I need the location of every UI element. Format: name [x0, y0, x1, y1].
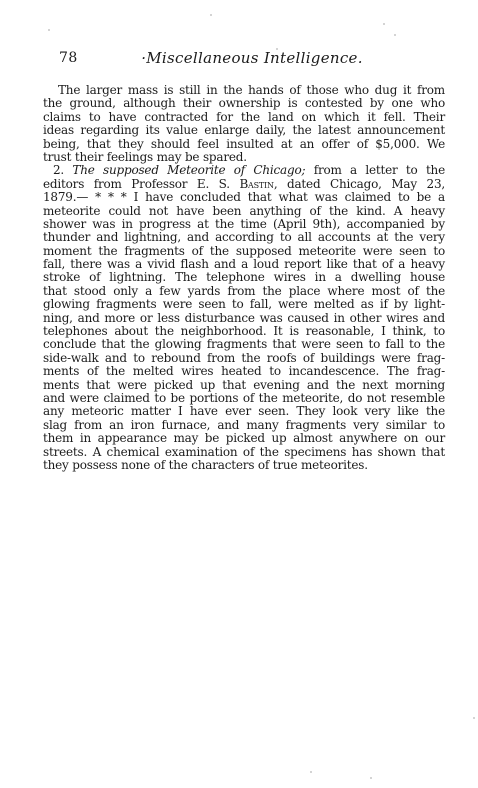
text-line: moment the fragments of the supposed met…	[43, 245, 445, 258]
text-segment: being, that they should feel insulted at…	[43, 137, 445, 151]
text-segment: glowing fragments were seen to fall, wer…	[43, 297, 445, 311]
text-line: the ground, although their ownership is …	[43, 97, 445, 110]
text-segment-smallcaps: Bastin	[239, 177, 273, 191]
text-segment: fall, there was a vivid flash and a loud…	[43, 257, 445, 271]
scan-speck	[370, 777, 372, 779]
text-line: The larger mass is still in the hands of…	[43, 84, 445, 97]
text-segment: them in appearance may be picked up almo…	[43, 431, 445, 445]
text-line: ments that were picked up that evening a…	[43, 379, 445, 392]
scan-speck	[276, 48, 278, 50]
text-segment: ideas regarding its value enlarge daily,…	[43, 123, 445, 137]
text-segment: they possess none of the characters of t…	[43, 458, 368, 472]
scan-speck	[473, 717, 475, 719]
text-segment: streets. A chemical examination of the s…	[43, 445, 445, 459]
text-line: meteorite could not have been anything o…	[43, 205, 445, 218]
text-line: that stood only a few yards from the pla…	[43, 285, 445, 298]
text-segment: side-walk and to rebound from the roofs …	[43, 351, 445, 365]
text-segment: moment the fragments of the supposed met…	[43, 244, 445, 258]
text-segment: , dated Chicago, May 23,	[274, 177, 445, 191]
scan-speck	[394, 34, 396, 36]
text-segment: telephones about the neighborhood. It is…	[43, 324, 445, 338]
text-line: them in appearance may be picked up almo…	[43, 432, 445, 445]
text-line: ideas regarding its value enlarge daily,…	[43, 124, 445, 137]
text-line: slag from an iron furnace, and many frag…	[43, 419, 445, 432]
text-line: telephones about the neighborhood. It is…	[43, 325, 445, 338]
text-segment: 1879.— * * * I have concluded that what …	[43, 190, 445, 204]
text-line: glowing fragments were seen to fall, wer…	[43, 298, 445, 311]
text-segment: any meteoric matter I have ever seen. Th…	[43, 404, 445, 418]
text-segment: ments that were picked up that evening a…	[43, 378, 445, 392]
text-segment: editors from Professor E. S.	[43, 177, 239, 191]
text-line: trust their feelings may be spared.	[43, 151, 445, 164]
text-line: streets. A chemical examination of the s…	[43, 446, 445, 459]
text-line: they possess none of the characters of t…	[43, 459, 445, 472]
text-line: and were claimed to be portions of the m…	[43, 392, 445, 405]
text-segment: stroke of lightning. The telephone wires…	[43, 270, 445, 284]
text-segment: trust their feelings may be spared.	[43, 150, 247, 164]
text-segment: meteorite could not have been anything o…	[43, 204, 445, 218]
page-number: 78	[59, 50, 78, 66]
text-segment: claims to have contracted for the land o…	[43, 110, 445, 124]
text-line: claims to have contracted for the land o…	[43, 111, 445, 124]
text-line: stroke of lightning. The telephone wires…	[43, 271, 445, 284]
text-segment: ning, and more or less disturbance was c…	[43, 311, 445, 325]
scanned-page: 78 ·Miscellaneous Intelligence. The larg…	[0, 0, 478, 788]
text-line: any meteoric matter I have ever seen. Th…	[43, 405, 445, 418]
text-line: 1879.— * * * I have concluded that what …	[43, 191, 445, 204]
scan-speck	[210, 14, 212, 16]
text-segment-italic: The supposed Meteorite of Chicago;	[72, 163, 305, 177]
text-segment: ments of the melted wires heated to inca…	[43, 364, 445, 378]
text-line: editors from Professor E. S. Bastin, dat…	[43, 178, 445, 191]
text-segment: from a letter to the	[305, 163, 445, 177]
text-line: shower was in progress at the time (Apri…	[43, 218, 445, 231]
text-segment: 2.	[53, 163, 72, 177]
running-header: ·Miscellaneous Intelligence.	[141, 49, 363, 67]
scan-speck	[48, 29, 50, 31]
text-line: fall, there was a vivid flash and a loud…	[43, 258, 445, 271]
text-segment: that stood only a few yards from the pla…	[43, 284, 445, 298]
text-line: conclude that the glowing fragments that…	[43, 338, 445, 351]
text-segment: thunder and lightning, and according to …	[43, 230, 445, 244]
text-line: side-walk and to rebound from the roofs …	[43, 352, 445, 365]
text-line: being, that they should feel insulted at…	[43, 138, 445, 151]
text-segment: slag from an iron furnace, and many frag…	[43, 418, 445, 432]
scan-speck	[383, 23, 385, 25]
text-segment: The larger mass is still in the hands of…	[58, 83, 445, 97]
text-segment: shower was in progress at the time (Apri…	[43, 217, 445, 231]
text-block: The larger mass is still in the hands of…	[43, 84, 445, 472]
text-line: thunder and lightning, and according to …	[43, 231, 445, 244]
text-segment: the ground, although their ownership is …	[43, 96, 445, 110]
scan-speck	[310, 771, 312, 773]
text-line: 2. The supposed Meteorite of Chicago; fr…	[43, 164, 445, 177]
text-line: ning, and more or less disturbance was c…	[43, 312, 445, 325]
text-segment: and were claimed to be portions of the m…	[43, 391, 445, 405]
text-line: ments of the melted wires heated to inca…	[43, 365, 445, 378]
text-segment: conclude that the glowing fragments that…	[43, 337, 445, 351]
